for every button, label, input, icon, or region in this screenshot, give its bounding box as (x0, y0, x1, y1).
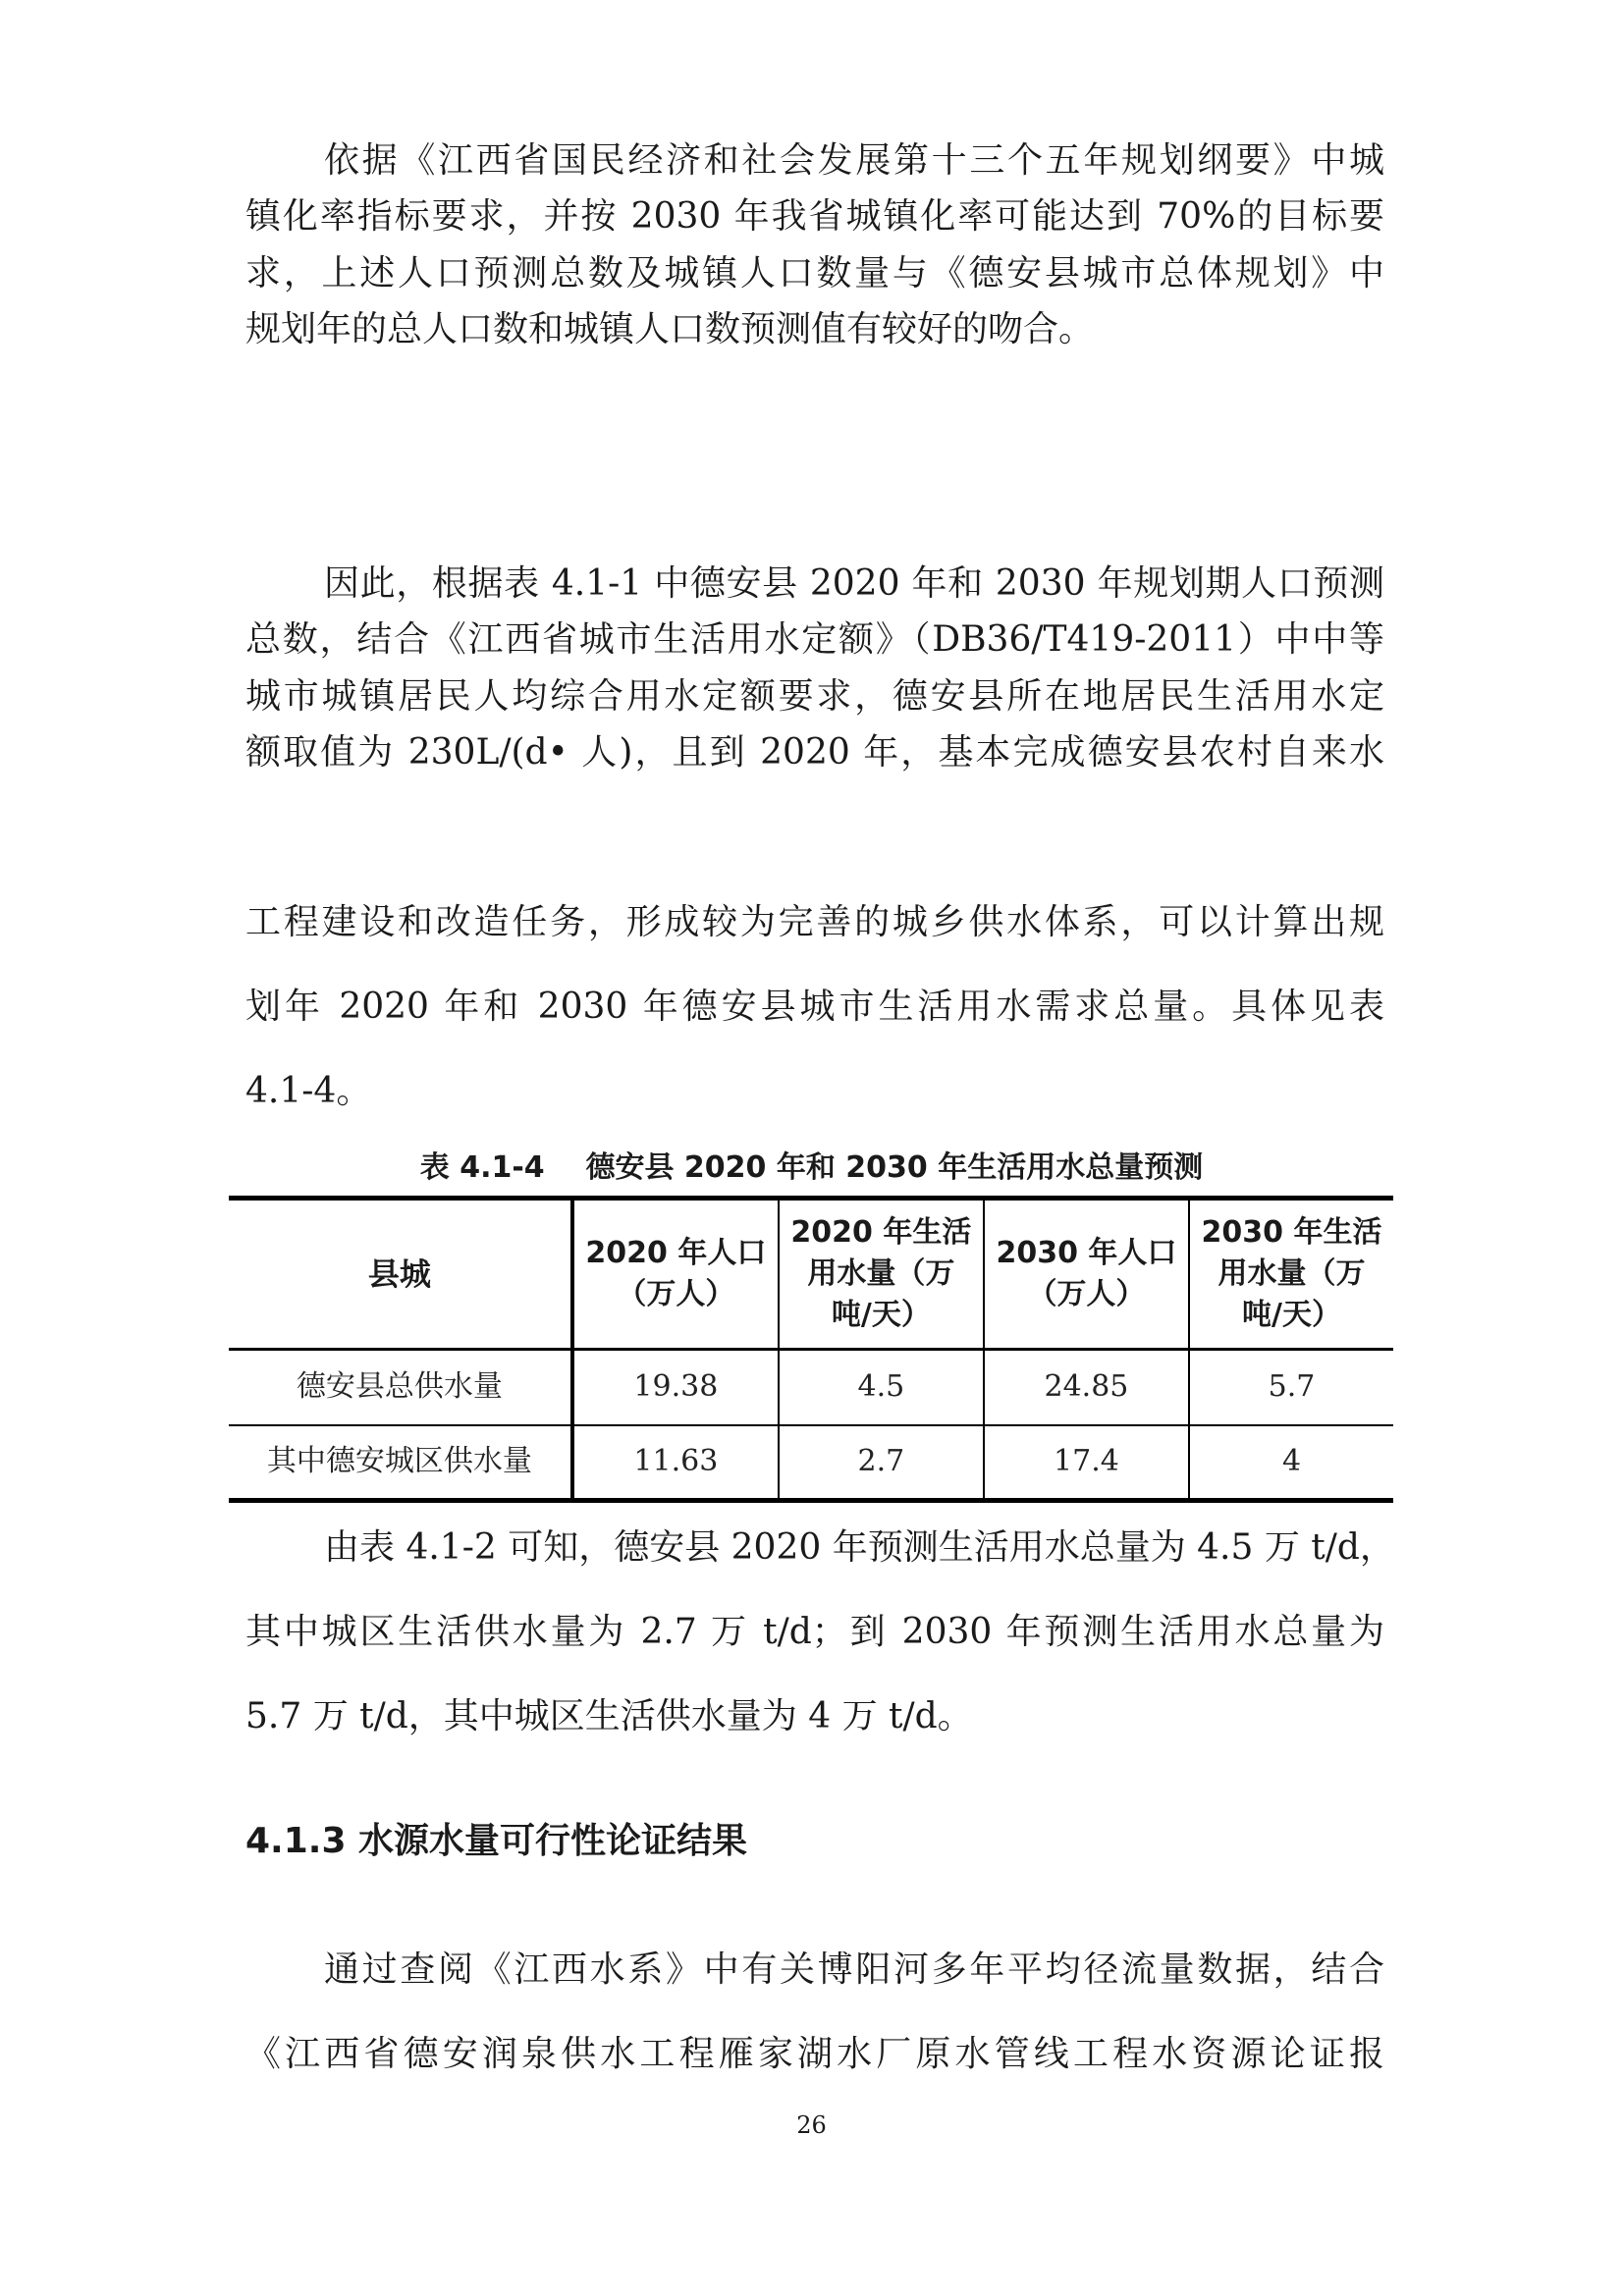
paragraph-1-line-3: 求，上述人口预测总数及城镇人口数量与《德安县城市总体规划》中 (245, 252, 1384, 295)
paragraph-2-line-1: 因此，根据表 4.1-1 中德安县 2020 年和 2030 年规划期人口预测 (324, 562, 1384, 606)
paragraph-2-line-2: 总数，结合《江西省城市生活用水定额》（DB36/T419-2011）中中等 (245, 618, 1384, 662)
cell-2020-population: 19.38 (572, 1350, 779, 1425)
header-2030-water-use-line-1: 2030 年生活 (1196, 1212, 1387, 1254)
paragraph-2-line-4: 额取值为 230L/(d• 人)，且到 2020 年，基本完成德安县农村自来水 (245, 731, 1384, 774)
header-2020-water-use: 2020 年生活 用水量（万 吨/天） (779, 1199, 984, 1350)
paragraph-2-line-5: 工程建设和改造任务，形成较为完善的城乡供水体系，可以计算出规 (245, 901, 1384, 944)
cell-county-name: 德安县总供水量 (229, 1350, 572, 1425)
header-2030-water-use-line-3: 吨/天） (1196, 1295, 1387, 1336)
paragraph-4-line-2: 《江西省德安润泉供水工程雁家湖水厂原水管线工程水资源论证报 (245, 2033, 1384, 2076)
table-row: 德安县总供水量 19.38 4.5 24.85 5.7 (229, 1350, 1393, 1425)
paragraph-2-line-6: 划年 2020 年和 2030 年德安县城市生活用水需求总量。具体见表 (245, 986, 1384, 1029)
paragraph-1-line-2: 镇化率指标要求，并按 2030 年我省城镇化率可能达到 70%的目标要 (245, 195, 1384, 239)
header-2020-population: 2020 年人口 （万人） (572, 1199, 779, 1350)
header-county-label: 县城 (235, 1254, 565, 1295)
paragraph-2-line-7: 4.1-4。 (245, 1070, 1384, 1113)
header-2030-water-use-line-2: 用水量（万 (1196, 1254, 1387, 1295)
cell-2020-water-use: 4.5 (779, 1350, 984, 1425)
cell-2030-water-use: 4 (1189, 1425, 1393, 1501)
document-page: 依据《江西省国民经济和社会发展第十三个五年规划纲要》中城 镇化率指标要求，并按 … (0, 0, 1623, 2296)
paragraph-1-line-4: 规划年的总人口数和城镇人口数预测值有较好的吻合。 (245, 308, 1384, 351)
cell-county-name: 其中德安城区供水量 (229, 1425, 572, 1501)
header-2030-population-line-2: （万人） (991, 1274, 1182, 1315)
cell-2030-water-use: 5.7 (1189, 1350, 1393, 1425)
header-2020-water-use-line-3: 吨/天） (785, 1295, 977, 1336)
paragraph-1-line-1: 依据《江西省国民经济和社会发展第十三个五年规划纲要》中城 (324, 139, 1384, 183)
cell-2020-population: 11.63 (572, 1425, 779, 1501)
header-2030-population-line-1: 2030 年人口 (991, 1233, 1182, 1274)
cell-2030-population: 17.4 (984, 1425, 1189, 1501)
header-2020-water-use-line-2: 用水量（万 (785, 1254, 977, 1295)
header-2020-population-line-2: （万人） (580, 1274, 772, 1315)
cell-2020-water-use: 2.7 (779, 1425, 984, 1501)
cell-2030-population: 24.85 (984, 1350, 1189, 1425)
paragraph-3-line-2: 其中城区生活供水量为 2.7 万 t/d；到 2030 年预测生活用水总量为 (245, 1611, 1384, 1654)
header-2030-water-use: 2030 年生活 用水量（万 吨/天） (1189, 1199, 1393, 1350)
water-demand-table: 县城 2020 年人口 （万人） 2020 年生活 用水量（万 吨/天） 203… (229, 1196, 1393, 1503)
header-county: 县城 (229, 1199, 572, 1350)
header-2020-population-line-1: 2020 年人口 (580, 1233, 772, 1274)
paragraph-2-line-3: 城市城镇居民人均综合用水定额要求，德安县所在地居民生活用水定 (245, 675, 1384, 719)
paragraph-4-line-1: 通过查阅《江西水系》中有关博阳河多年平均径流量数据，结合 (324, 1949, 1384, 1992)
paragraph-3-line-3: 5.7 万 t/d，其中城区生活供水量为 4 万 t/d。 (245, 1695, 1384, 1738)
table-header-row: 县城 2020 年人口 （万人） 2020 年生活 用水量（万 吨/天） 203… (229, 1199, 1393, 1350)
paragraph-3-line-1: 由表 4.1-2 可知，德安县 2020 年预测生活用水总量为 4.5 万 t/… (324, 1526, 1384, 1570)
table-row: 其中德安城区供水量 11.63 2.7 17.4 4 (229, 1425, 1393, 1501)
header-2020-water-use-line-1: 2020 年生活 (785, 1212, 977, 1254)
section-heading: 4.1.3 水源水量可行性论证结果 (245, 1820, 747, 1863)
header-2030-population: 2030 年人口 （万人） (984, 1199, 1189, 1350)
page-number: 26 (0, 2110, 1623, 2140)
table-caption: 表 4.1-4 德安县 2020 年和 2030 年生活用水总量预测 (0, 1148, 1623, 1188)
